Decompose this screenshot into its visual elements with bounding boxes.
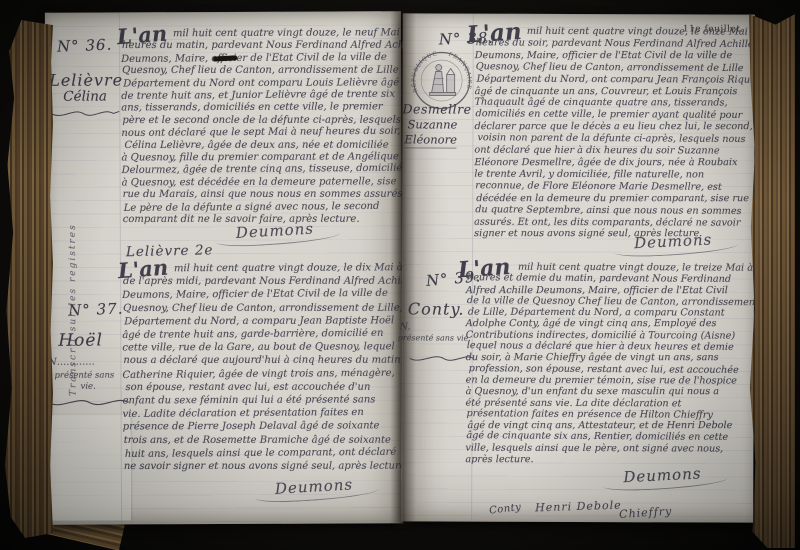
- handwritten-line: âgé de cinquante un ans, Couvreur, et Lo…: [475, 86, 753, 98]
- handwritten-line: Quesnoy, Chef lieu de Canton, arrondisse…: [476, 61, 754, 75]
- handwritten-line: heures du soir, pardevant Nous Ferdinand…: [476, 37, 754, 51]
- margin-name-conty: Conty.: [408, 299, 465, 318]
- handwritten-line: Adolphe Conty, âgé de vingt cinq ans, Em…: [466, 319, 758, 330]
- right-page: 11e feuillet. N° 38. RÉPUBLIQUE FRANÇAIS…: [401, 13, 755, 522]
- handwritten-line: présence de Pierre Joseph Delaval âgé de…: [123, 420, 399, 434]
- signature-chieffry: Chieffry: [619, 504, 673, 520]
- act37-text: mil huit cent quatre vingt douze, le dix…: [122, 261, 399, 473]
- handwritten-line: ville, lesquels ainsi que le père, ont s…: [465, 442, 757, 454]
- left-page: Transcrit sur les registres N° 36. Leliè…: [45, 11, 403, 525]
- act36-text: mil huit cent quatre vingt douze, le neu…: [121, 27, 398, 227]
- handwritten-line: heures et demie du matin, pardevant Nous…: [467, 272, 759, 285]
- handwritten-line: Deumons, Maire, officier de l'Etat Civil…: [475, 50, 753, 62]
- act39-text: mil huit cent quatre vingt douze, le tre…: [465, 262, 758, 466]
- act-number-37: N° 37.: [68, 299, 124, 319]
- signature-deumons-3: Deumons: [634, 230, 713, 252]
- handwritten-line: ans, tisserands, domiciliés en cette vil…: [121, 102, 397, 116]
- handwritten-line: après lecture.: [465, 454, 757, 465]
- handwritten-line: du quatre Septembre, ainsi que nous nous…: [475, 204, 753, 218]
- handwritten-line: Célina Lelièvre, âgée de deux ans, née e…: [124, 139, 398, 152]
- signature-deumons-4: Deumons: [623, 464, 702, 486]
- handwritten-line: vie. Ladite déclaration et présentation …: [123, 406, 399, 421]
- paper-patch: [51, 414, 131, 520]
- register-book-photo: Transcrit sur les registres N° 36. Leliè…: [0, 0, 800, 550]
- handwritten-line: huit ans, lesquels ainsi que le comparan…: [125, 446, 399, 461]
- handwritten-line: Alfred Achille Deumons, Maire, officier …: [466, 285, 758, 296]
- margin-name-lelievre: Lelièvre: [49, 70, 123, 89]
- margin-name-celina: Célina: [63, 89, 107, 105]
- handwritten-line: le trente Avril, y domiciliée, fille nat…: [474, 169, 752, 182]
- handwritten-line: mil huit cent quatre vingt douze, le dix…: [122, 261, 398, 275]
- handwritten-line: profession, son épouse, restant avec lui…: [469, 363, 759, 376]
- margin-name-hoel: Hoël: [58, 331, 103, 351]
- act-number-36: N° 36.: [57, 36, 113, 56]
- handwritten-line: Département du Nord, ont comparu Jean Fr…: [477, 73, 753, 86]
- handwritten-line: nous ont déclaré que le sept Mai à neuf …: [121, 126, 397, 141]
- signature-deumons-2: Deumons: [275, 475, 354, 497]
- book-gutter-shadow: [390, 8, 416, 528]
- handwritten-line: voisin non parent de la défunte ci-après…: [477, 132, 753, 146]
- handwritten-line: reconnue, de Flore Eléonore Marie Desmel…: [475, 180, 753, 194]
- handwritten-line: ne savoir signer et nous avons signé seu…: [124, 460, 400, 474]
- handwritten-line: nous a déclaré que aujourd'hui à cinq he…: [123, 354, 399, 368]
- page-edges-right: [749, 14, 795, 548]
- margin-vie: vie.: [80, 382, 95, 392]
- act38-text: mil huit cent quatre vingt douze, le onz…: [474, 26, 753, 241]
- handwritten-line: âgé de trente huit ans, garde-barrière, …: [122, 327, 398, 342]
- margin-n-dots: N…………: [48, 357, 94, 368]
- handwritten-line: du soir, à Marie Chieffry âgée de vingt …: [466, 352, 758, 363]
- handwritten-line: Deumons, Maire, officier de l'Etat Civil…: [122, 287, 398, 302]
- handwritten-line: trois ans, et de Rosemette Bramiche âgé …: [124, 433, 400, 447]
- handwritten-line: à Quesnoy, d'un enfant du sexe masculin …: [466, 386, 758, 397]
- flourish: [49, 106, 121, 120]
- handwritten-line: assurés. Et ont, les dits comparants, dé…: [474, 216, 752, 229]
- handwritten-line: Quesnoy, Chef lieu de Canton, arrondisse…: [122, 65, 398, 78]
- margin-presente: présenté sans: [54, 370, 114, 380]
- signature-conty: Conty: [489, 502, 522, 517]
- handwritten-line: cette ville, rue de la Gare, au bout de …: [122, 340, 398, 354]
- handwritten-line: décédée en la demeure du premier compara…: [476, 193, 752, 205]
- handwritten-line: en la demeure du premier témoin, sise ru…: [466, 375, 758, 387]
- handwritten-line: de trente huit ans, et Junior Lelièvre â…: [121, 89, 397, 104]
- seal-figure: [430, 64, 456, 95]
- page-edges-left: [5, 20, 53, 538]
- handwritten-line: Catherine Riquier, âgée de vingt trois a…: [122, 366, 398, 381]
- signature-henri-debole: Henri Debole: [535, 499, 622, 515]
- handwritten-line: à Quesnoy, est décédée en la demeure pat…: [122, 176, 398, 190]
- handwritten-line: heures du matin, pardevant Nous Ferdinan…: [122, 40, 398, 53]
- handwritten-line: Quesnoy, Chef lieu de Canton, arrondisse…: [123, 301, 399, 315]
- handwritten-line: de la ville de Quesnoy Chef lieu de Cant…: [467, 295, 759, 308]
- handwritten-line: rue du Marais, ainsi que nous nous en so…: [123, 189, 399, 202]
- handwritten-line: ont déclaré que hier à dix heures du soi…: [474, 145, 752, 158]
- signature-deumons-1: Deumons: [235, 220, 314, 242]
- flourish: [47, 394, 133, 410]
- handwritten-line: Eléonore Desmellre, âgée de dix jours, n…: [474, 157, 752, 169]
- handwritten-line: son épouse, restant avec lui, est accouc…: [126, 380, 400, 394]
